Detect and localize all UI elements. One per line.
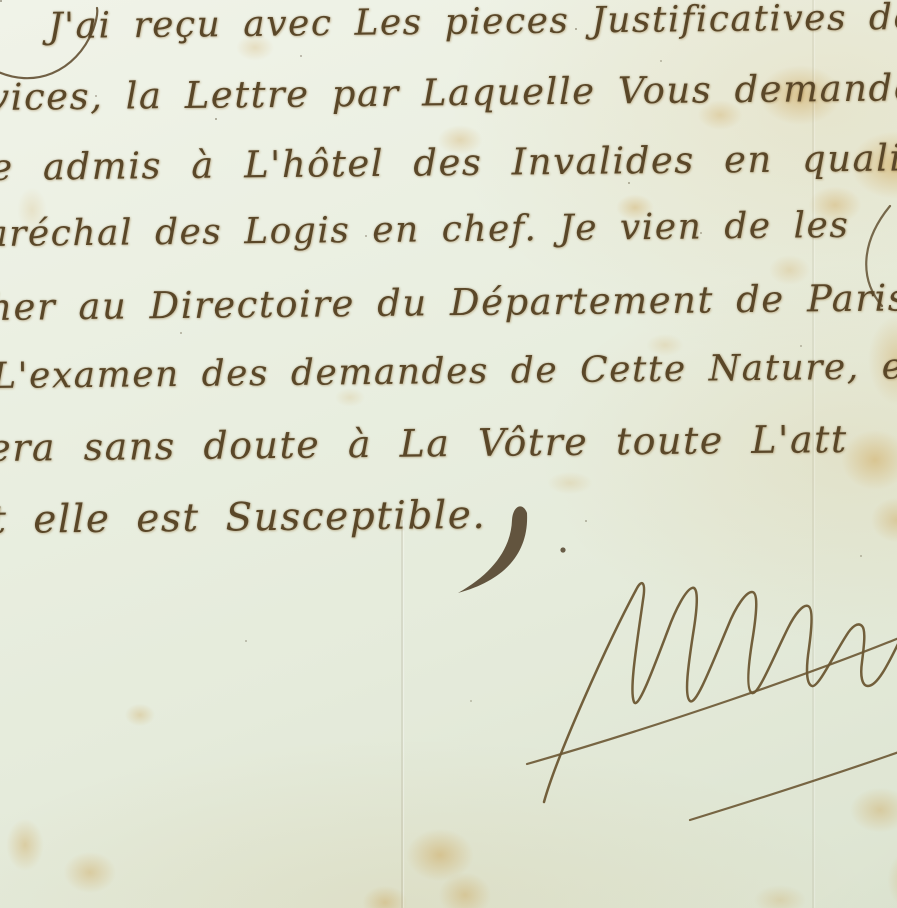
manuscript-photo: J'ai reçu avec Les pieces Justificatives…: [0, 0, 897, 908]
handwritten-line-7: era sans doute à La Vôtre toute L'att: [0, 417, 848, 470]
handwritten-line-8: t elle est Susceptible.: [0, 493, 486, 543]
